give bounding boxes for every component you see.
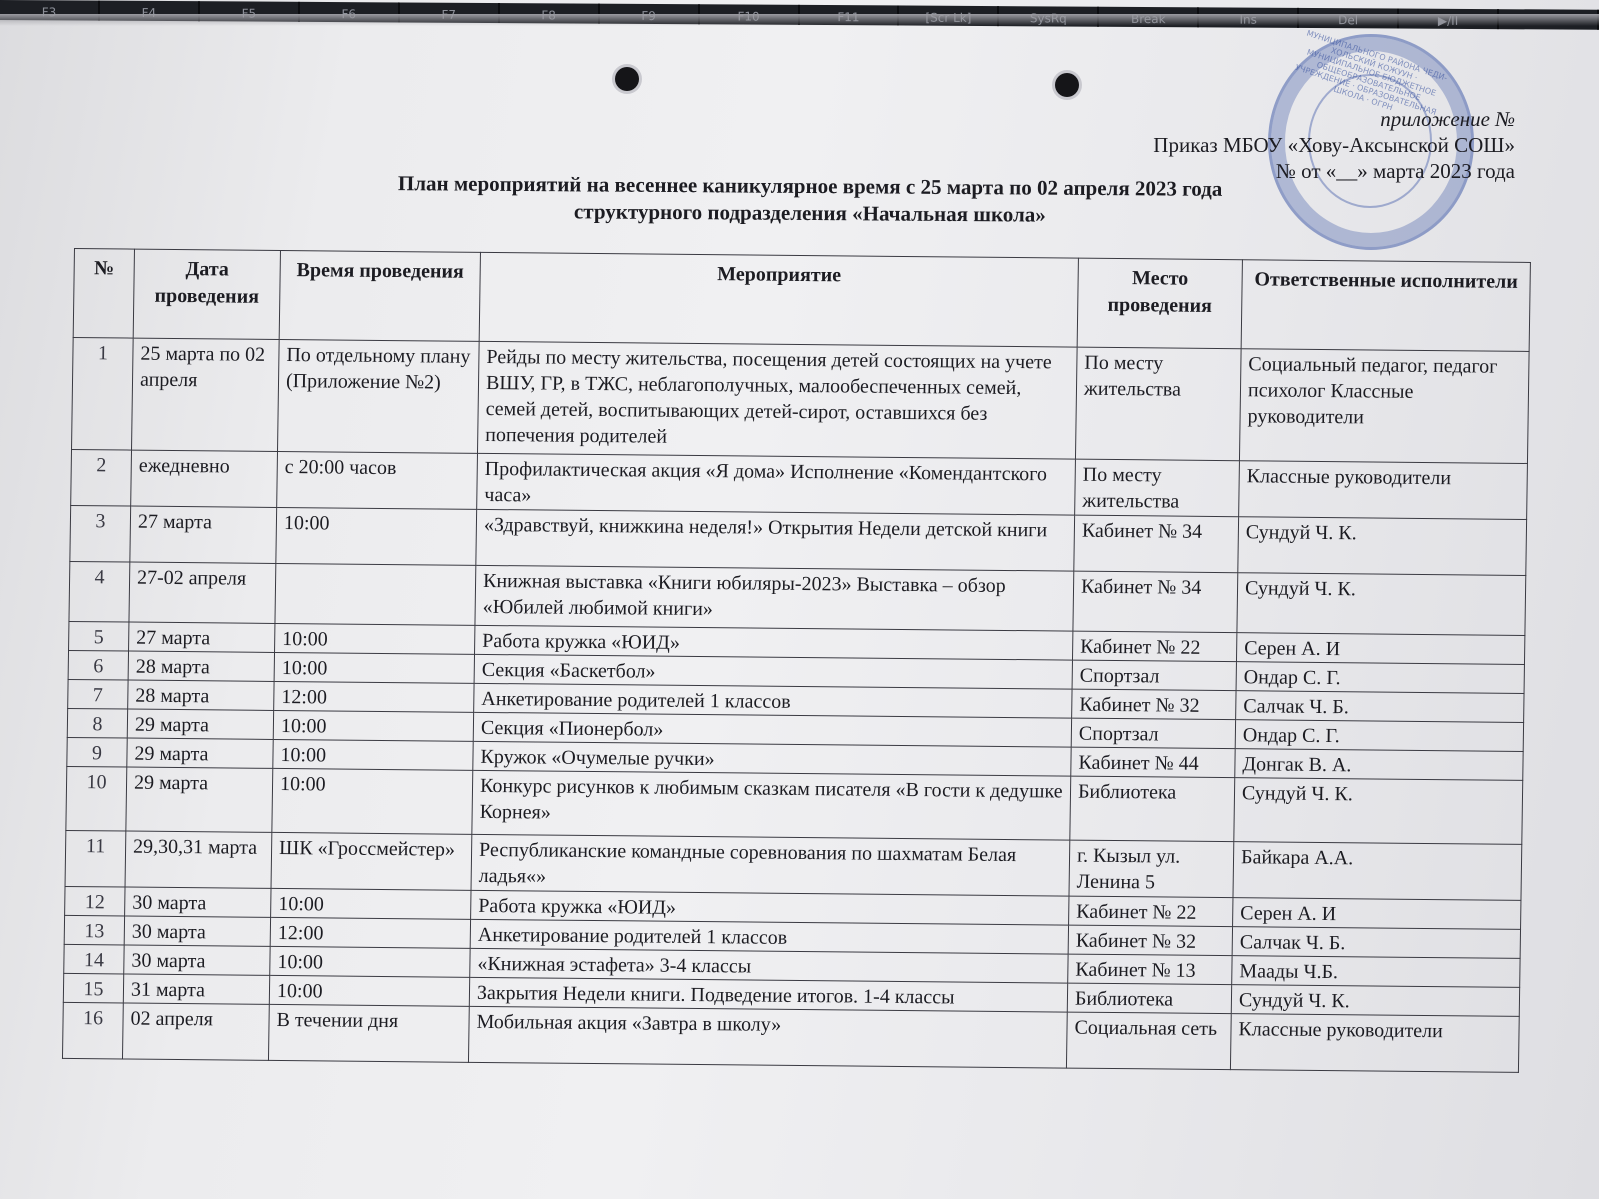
cell-time: 10:00 xyxy=(271,888,471,919)
cell-event: Профилактическая акция «Я дома» Исполнен… xyxy=(477,453,1076,515)
cell-responsible: Серен А. И xyxy=(1236,633,1524,665)
cell-date: 28 марта xyxy=(128,651,274,681)
cell-number: 10 xyxy=(66,766,127,831)
cell-date: ежедневно xyxy=(131,450,278,507)
cell-responsible: Сундуй Ч. К. xyxy=(1238,517,1527,576)
cell-place: Кабинет № 22 xyxy=(1069,896,1233,927)
cell-date: 30 марта xyxy=(124,916,270,946)
cell-number: 16 xyxy=(62,1002,123,1059)
appendix-label: приложение № xyxy=(1153,106,1515,132)
cell-time xyxy=(275,563,476,625)
order-header: приложение № Приказ МБОУ «Хову-Аксынской… xyxy=(1153,106,1515,184)
cell-time: 10:00 xyxy=(269,975,469,1006)
column-header-place: Место проведения xyxy=(1077,258,1242,349)
cell-date: 29,30,31 марта xyxy=(125,831,272,888)
cell-time: с 20:00 часов xyxy=(277,451,478,509)
cell-responsible: Салчак Ч. Б. xyxy=(1236,691,1524,723)
punch-hole-left xyxy=(615,67,639,91)
cell-time: 10:00 xyxy=(273,710,473,741)
events-table-container: № Дата проведения Время проведения Мероп… xyxy=(62,248,1530,1073)
cell-number: 8 xyxy=(67,708,127,738)
cell-date: 27 марта xyxy=(130,506,277,563)
cell-event: «Здравствуй, книжкина неделя!» Открытия … xyxy=(476,509,1075,571)
order-name: Приказ МБОУ «Хову-Аксынской СОШ» xyxy=(1153,132,1515,158)
paper-edge-shadow xyxy=(0,14,1599,26)
cell-date: 30 марта xyxy=(125,887,271,917)
cell-number: 14 xyxy=(64,944,124,974)
cell-time: 12:00 xyxy=(270,917,470,948)
cell-responsible: Сундуй Ч. К. xyxy=(1234,778,1523,845)
cell-time: По отдельному плану (Приложение №2) xyxy=(278,339,480,453)
cell-date: 25 марта по 02 апреля xyxy=(132,338,280,451)
cell-date: 02 апреля xyxy=(122,1003,269,1060)
cell-date: 29 марта xyxy=(126,767,273,832)
cell-place: Спортзал xyxy=(1071,718,1235,749)
cell-date: 29 марта xyxy=(127,738,273,768)
cell-responsible: Сундуй Ч. К. xyxy=(1231,985,1519,1017)
cell-number: 15 xyxy=(63,973,123,1003)
cell-place: Библиотека xyxy=(1067,983,1231,1014)
column-header-event: Мероприятие xyxy=(479,252,1078,347)
cell-date: 31 марта xyxy=(123,974,269,1004)
cell-time: 10:00 xyxy=(274,652,474,683)
cell-responsible: Салчак Ч. Б. xyxy=(1232,927,1520,959)
cell-responsible: Байкара А.А. xyxy=(1233,842,1522,901)
cell-place: По месту жительства xyxy=(1075,347,1241,461)
cell-date: 27-02 апреля xyxy=(129,562,276,623)
table-row: 125 марта по 02 апреляПо отдельному план… xyxy=(72,337,1530,463)
cell-number: 5 xyxy=(69,621,129,651)
events-table: № Дата проведения Время проведения Мероп… xyxy=(62,248,1531,1073)
cell-time: 10:00 xyxy=(276,507,477,565)
cell-place: По месту жительства xyxy=(1075,459,1240,517)
cell-responsible: Ондар С. Г. xyxy=(1236,662,1524,694)
cell-responsible: Ондар С. Г. xyxy=(1235,720,1523,752)
cell-place: Кабинет № 32 xyxy=(1068,925,1232,956)
cell-date: 28 марта xyxy=(128,680,274,710)
cell-number: 11 xyxy=(65,830,126,887)
column-header-number: № xyxy=(73,249,134,339)
cell-time: ШК «Гроссмейстер» xyxy=(271,832,472,890)
cell-number: 9 xyxy=(67,737,127,767)
cell-time: 10:00 xyxy=(275,623,475,654)
document-title: План мероприятий на весеннее каникулярно… xyxy=(300,169,1320,230)
cell-time: 10:00 xyxy=(272,768,473,834)
cell-responsible: Серен А. И xyxy=(1233,898,1521,930)
cell-date: 27 марта xyxy=(129,622,275,652)
cell-place: Библиотека xyxy=(1070,776,1235,842)
cell-number: 2 xyxy=(71,449,132,506)
cell-date: 29 марта xyxy=(127,709,273,739)
cell-place: г. Кызыл ул. Ленина 5 xyxy=(1069,840,1234,898)
cell-number: 6 xyxy=(68,650,128,680)
cell-event: Республиканские командные соревнования п… xyxy=(471,834,1070,896)
cell-place: Кабинет № 34 xyxy=(1073,571,1238,633)
cell-responsible: Классные руководители xyxy=(1230,1014,1519,1073)
cell-responsible: Социальный педагог, педагог психолог Кла… xyxy=(1239,349,1529,464)
cell-place: Кабинет № 34 xyxy=(1074,515,1239,573)
cell-place: Кабинет № 44 xyxy=(1071,747,1235,778)
cell-responsible: Классные руководители xyxy=(1239,461,1528,520)
cell-place: Кабинет № 22 xyxy=(1072,631,1236,662)
punch-hole-right xyxy=(1055,73,1079,97)
cell-responsible: Сундуй Ч. К. xyxy=(1237,573,1526,636)
cell-place: Спортзал xyxy=(1072,660,1236,691)
cell-time: 12:00 xyxy=(274,681,474,712)
column-header-date: Дата проведения xyxy=(133,249,280,339)
cell-date: 30 марта xyxy=(124,945,270,975)
table-header-row: № Дата проведения Время проведения Мероп… xyxy=(73,249,1530,352)
cell-number: 13 xyxy=(64,915,124,945)
column-header-responsible: Ответственные исполнители xyxy=(1241,260,1530,352)
cell-time: 10:00 xyxy=(273,739,473,770)
cell-event: Рейды по месту жительства, посещения дет… xyxy=(477,341,1077,459)
cell-event: Конкурс рисунков к любимым сказкам писат… xyxy=(472,770,1071,840)
cell-number: 12 xyxy=(65,886,125,916)
cell-place: Социальная сеть xyxy=(1066,1012,1231,1070)
cell-number: 7 xyxy=(68,679,128,709)
cell-number: 3 xyxy=(70,505,131,562)
cell-responsible: Донгак В. А. xyxy=(1235,749,1523,781)
cell-place: Кабинет № 13 xyxy=(1068,954,1232,985)
cell-number: 1 xyxy=(72,337,134,450)
cell-event: Книжная выставка «Книги юбиляры-2023» Вы… xyxy=(475,565,1074,631)
cell-event: Мобильная акция «Завтра в школу» xyxy=(468,1006,1067,1068)
cell-time: 10:00 xyxy=(270,946,470,977)
cell-time: В течении дня xyxy=(268,1004,469,1062)
column-header-time: Время проведения xyxy=(279,250,480,341)
cell-responsible: Маады Ч.Б. xyxy=(1232,956,1520,988)
cell-number: 4 xyxy=(69,561,130,622)
cell-place: Кабинет № 32 xyxy=(1072,689,1236,720)
